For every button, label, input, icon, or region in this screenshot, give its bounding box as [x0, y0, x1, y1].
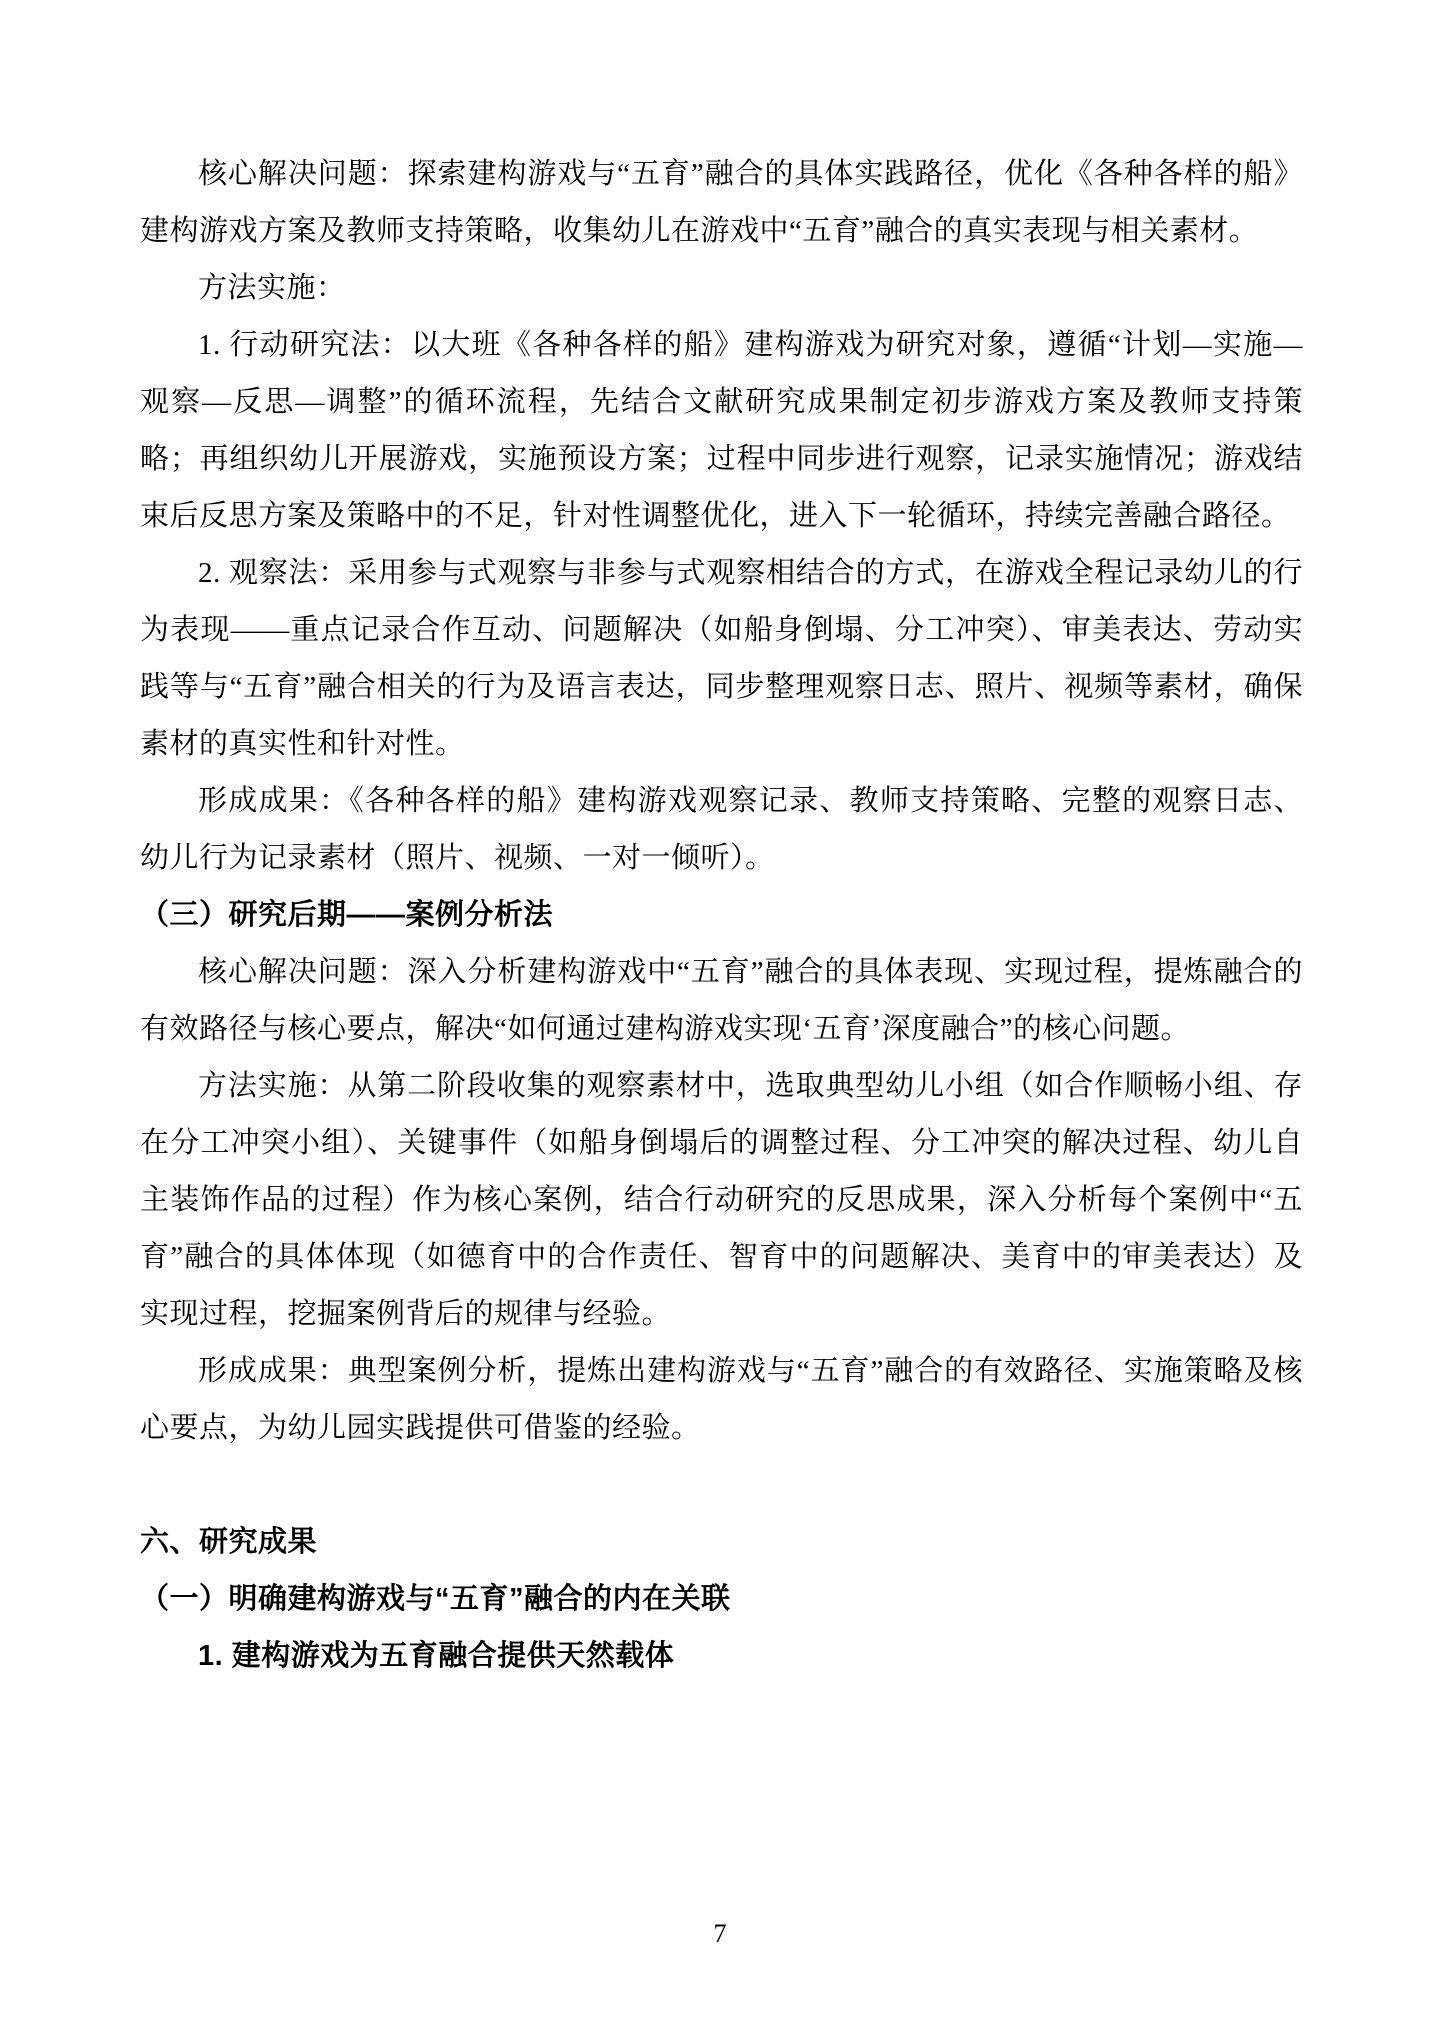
- page-number: 7: [0, 1918, 1440, 1950]
- document-content: 核心解决问题：探索建构游戏与“五育”融合的具体实践路径，优化《各种各样的船》建构…: [140, 146, 1303, 1685]
- paragraph-formed-results-late-stage: 形成成果：典型案例分析，提炼出建构游戏与“五育”融合的有效路径、实施策略及核心要…: [140, 1343, 1303, 1457]
- subsection-heading-natural-carrier: 1. 建构游戏为五育融合提供天然载体: [140, 1628, 1303, 1685]
- chapter-heading-research-results: 六、研究成果: [140, 1514, 1303, 1571]
- paragraph-formed-results-mid-stage: 形成成果：《各种各样的船》建构游戏观察记录、教师支持策略、完整的观察日志、幼儿行…: [140, 773, 1303, 887]
- paragraph-action-research-method: 1. 行动研究法：以大班《各种各样的船》建构游戏为研究对象，遵循“计划—实施—观…: [140, 317, 1303, 545]
- section-heading-late-stage-case-analysis: （三）研究后期——案例分析法: [140, 887, 1303, 944]
- paragraph-core-problem-mid-stage: 核心解决问题：探索建构游戏与“五育”融合的具体实践路径，优化《各种各样的船》建构…: [140, 146, 1303, 260]
- paragraph-method-implementation-late-stage: 方法实施：从第二阶段收集的观察素材中，选取典型幼儿小组（如合作顺畅小组、存在分工…: [140, 1058, 1303, 1343]
- document-page: 核心解决问题：探索建构游戏与“五育”融合的具体实践路径，优化《各种各样的船》建构…: [0, 0, 1440, 2036]
- paragraph-method-implementation-label: 方法实施：: [140, 260, 1303, 317]
- paragraph-observation-method: 2. 观察法：采用参与式观察与非参与式观察相结合的方式，在游戏全程记录幼儿的行为…: [140, 545, 1303, 773]
- paragraph-core-problem-late-stage: 核心解决问题：深入分析建构游戏中“五育”融合的具体表现、实现过程，提炼融合的有效…: [140, 944, 1303, 1058]
- section-heading-inner-connection: （一）明确建构游戏与“五育”融合的内在关联: [140, 1571, 1303, 1628]
